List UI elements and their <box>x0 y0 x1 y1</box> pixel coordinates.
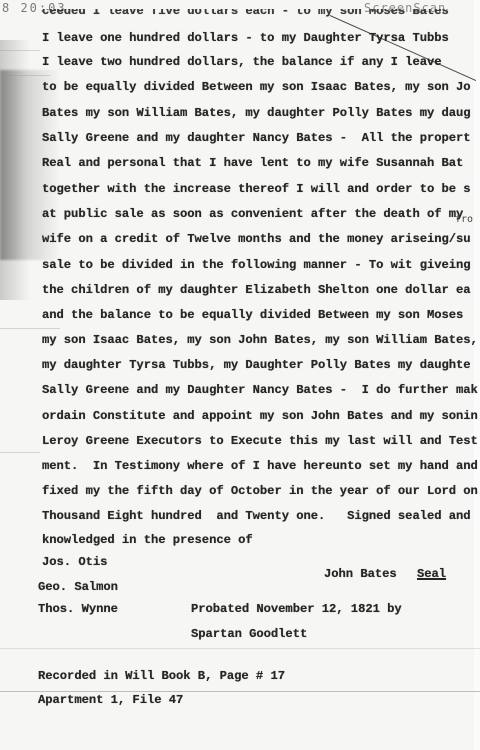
body-line: together with the increase thereof I wil… <box>42 182 471 196</box>
body-line: my son Isaac Bates, my son John Bates, m… <box>42 333 478 347</box>
body-line: Leroy Greene Executors to Execute this m… <box>42 434 478 448</box>
body-line: at public sale as soon as convenient aft… <box>42 207 463 221</box>
faint-rule <box>0 648 480 649</box>
record-file-reference: Apartment 1, File 47 <box>38 693 183 707</box>
scan-right-margin <box>474 0 480 750</box>
handwritten-strike-line <box>330 15 477 81</box>
body-line: to be equally divided Between my son Isa… <box>42 80 471 94</box>
body-line: I leave one hundred dollars - to my Daug… <box>42 31 449 45</box>
body-line: knowledged in the presence of <box>42 533 253 547</box>
body-line: the children of my daughter Elizabeth Sh… <box>42 283 471 297</box>
witness-name: Geo. Salmon <box>38 580 118 594</box>
body-line: Real and personal that I have lent to my… <box>42 156 463 170</box>
body-line: I leave two hundred dollars, the balance… <box>42 55 442 69</box>
body-line: wife on a credit of Twelve months and th… <box>42 232 471 246</box>
body-line: ment. In Testimony where of I have hereu… <box>42 459 478 473</box>
interlinear-note: fro <box>455 214 473 225</box>
witness-name: Thos. Wynne <box>38 602 118 616</box>
body-line: Sally Greene and my daughter Nancy Bates… <box>42 131 471 145</box>
signature-name: John Bates <box>324 567 397 581</box>
body-line: Thousand Eight hundred and Twenty one. S… <box>42 509 471 523</box>
seal-mark: Seal <box>417 567 446 581</box>
faint-rule <box>0 452 40 453</box>
faint-rule <box>0 75 50 76</box>
scanned-document-page: 8 20:03 ScreenScan ceeded I leave five d… <box>0 0 480 750</box>
witness-name: Jos. Otis <box>42 555 107 569</box>
body-line: sale to be divided in the following mann… <box>42 258 471 272</box>
body-line: Sally Greene and my Daughter Nancy Bates… <box>42 383 478 397</box>
body-line: Bates my son William Bates, my daughter … <box>42 106 471 120</box>
body-line: fixed my the fifth day of October in the… <box>42 484 478 498</box>
faint-rule <box>0 50 40 51</box>
body-line: my daughter Tyrsa Tubbs, my Daughter Pol… <box>42 358 471 372</box>
body-line: ordain Constitute and appoint my son Joh… <box>42 409 478 423</box>
faint-rule <box>0 328 60 329</box>
body-line: and the balance to be equally divided Be… <box>42 308 463 322</box>
probate-line: Probated November 12, 1821 by <box>191 602 402 616</box>
probate-clerk: Spartan Goodlett <box>191 627 307 641</box>
record-book-reference: Recorded in Will Book B, Page # 17 <box>38 669 285 683</box>
faint-rule <box>0 691 480 692</box>
